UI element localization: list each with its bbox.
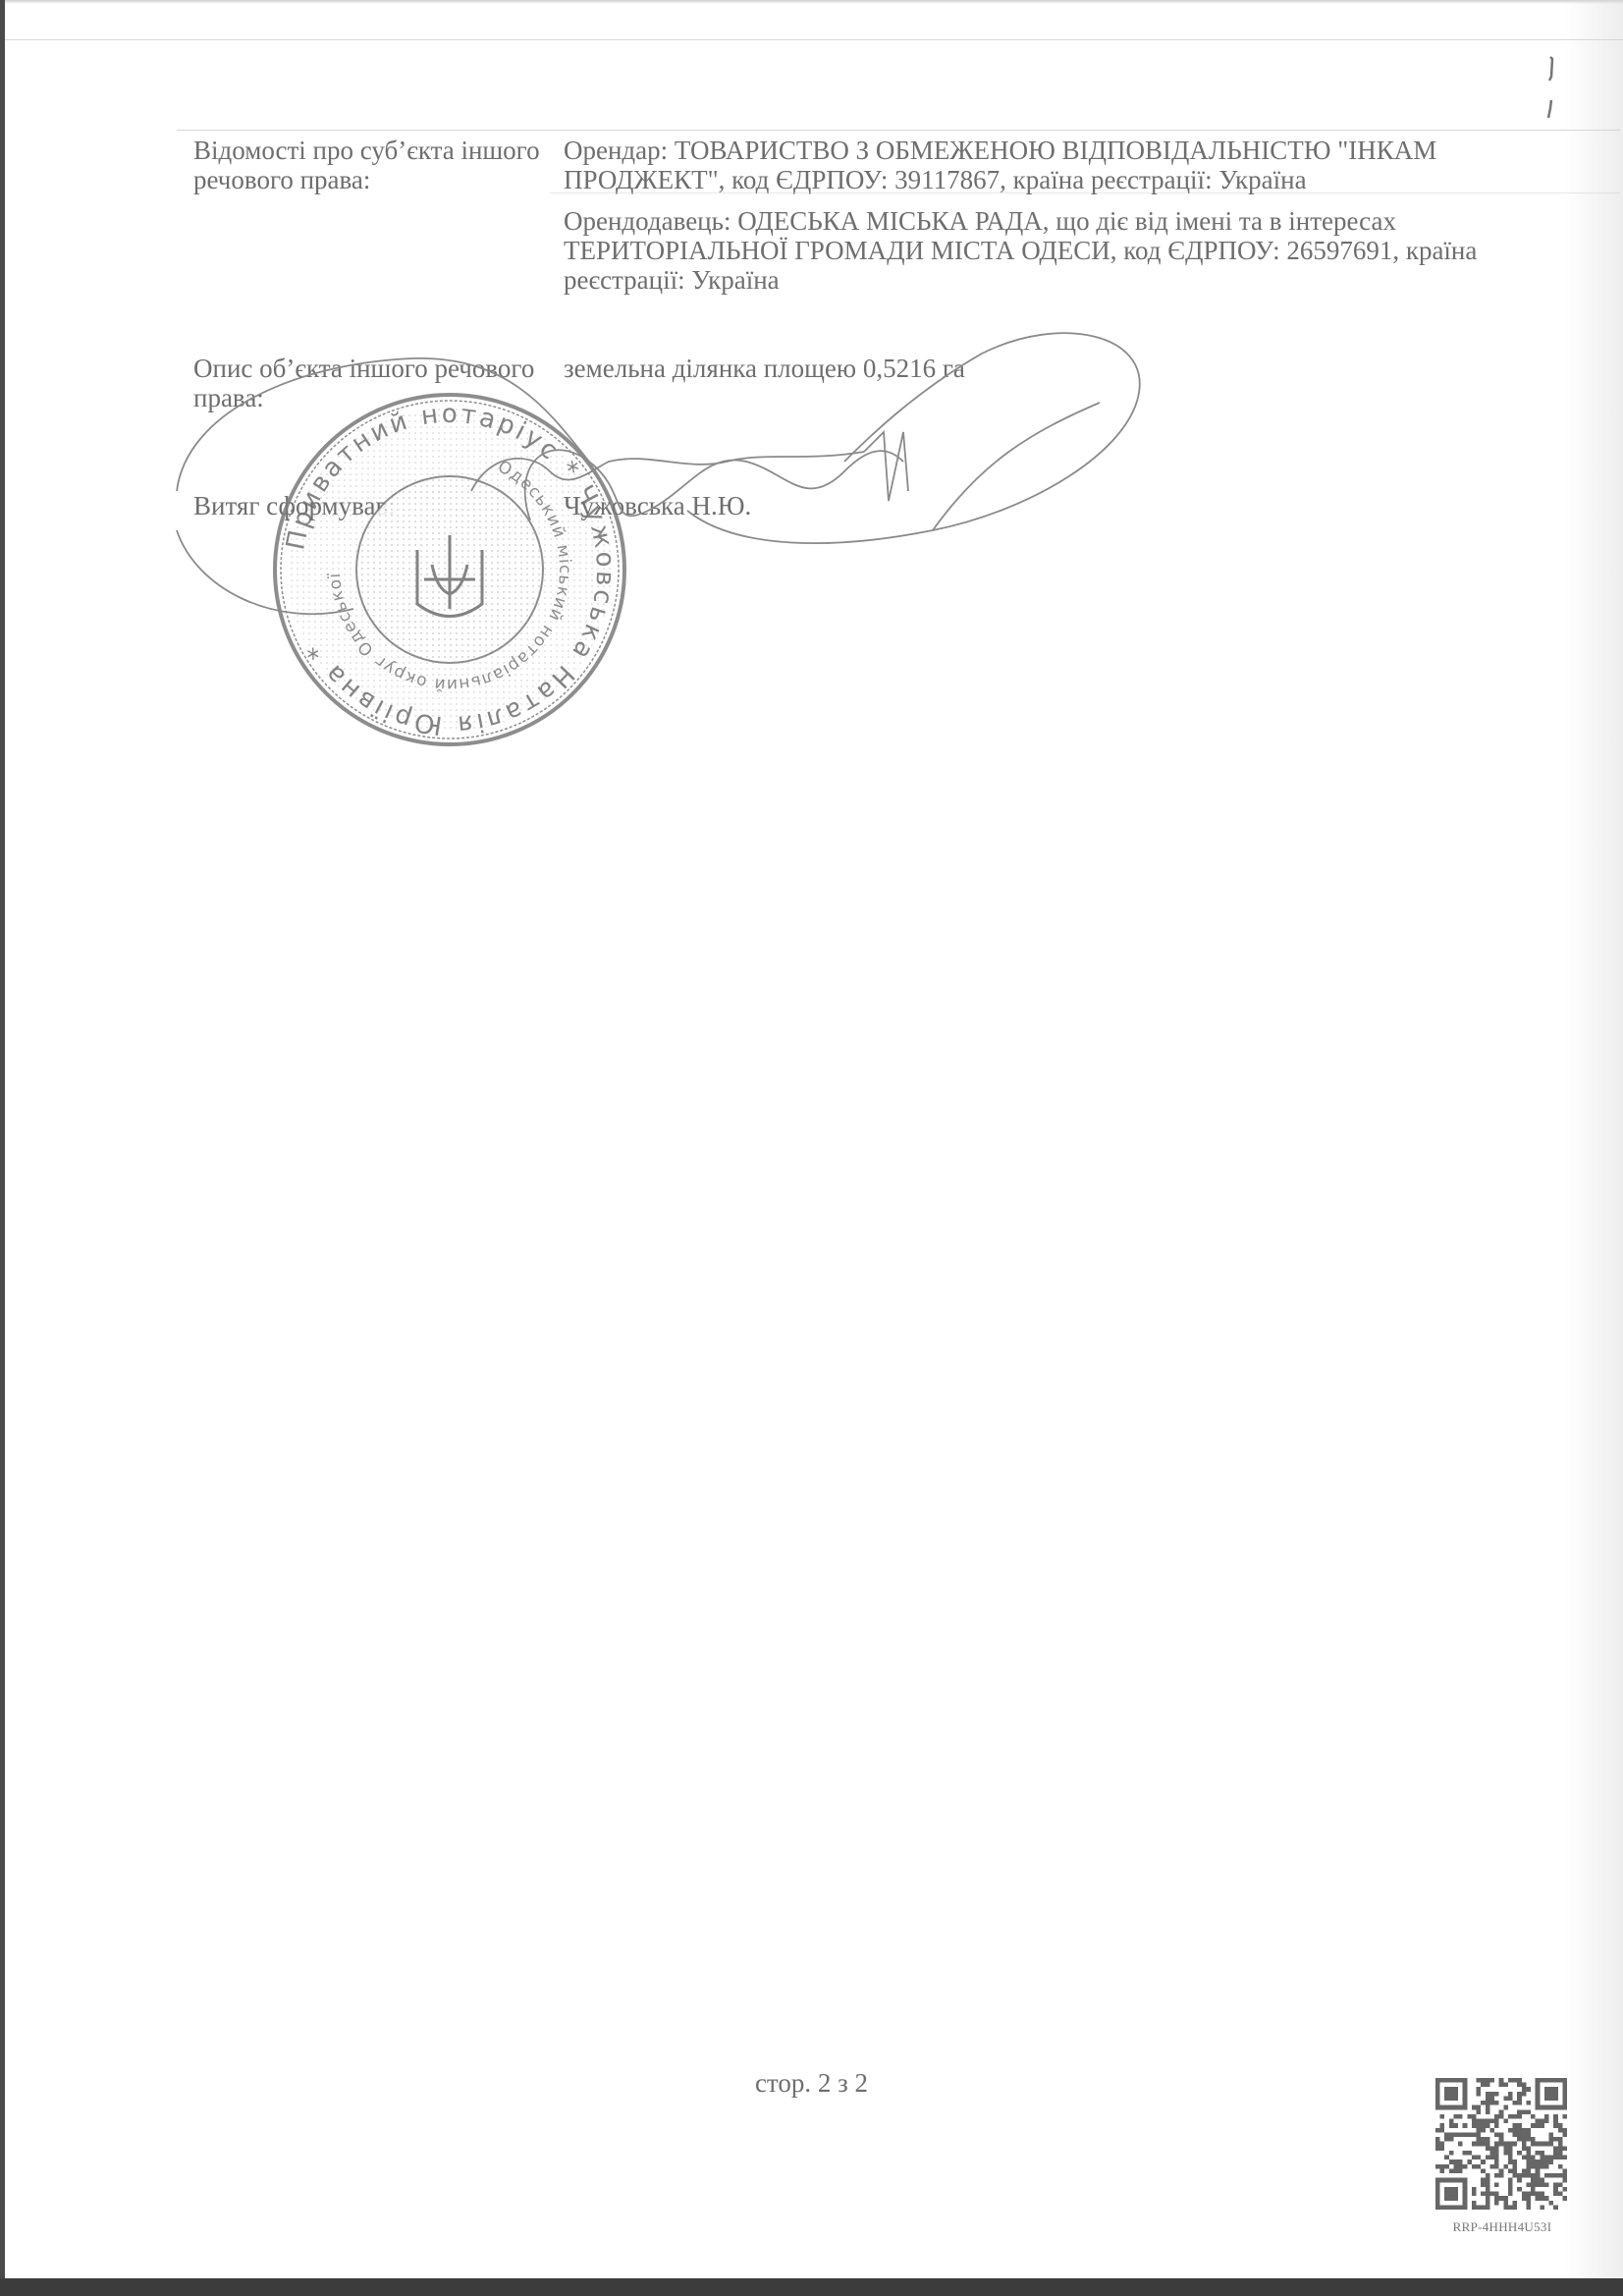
qr-code-id: RRP-4HHH4U53I bbox=[1414, 2219, 1591, 2235]
svg-text:Приватний нотаріус * Чужовська: Приватний нотаріус * Чужовська Наталія Ю… bbox=[281, 400, 620, 739]
qr-code-icon bbox=[1435, 2078, 1567, 2210]
staple-marks-icon bbox=[1532, 49, 1571, 137]
land-plot-description: земельна ділянка площею 0,5216 га bbox=[564, 354, 1487, 383]
svg-text:Одеський міський нотаріальний: Одеський міський нотаріальний округ Одес… bbox=[0, 0, 574, 694]
page-number: стор. 2 з 2 bbox=[0, 2068, 1623, 2099]
subject-info-value: Орендар: ТОВАРИСТВО З ОБМЕЖЕНОЮ ВІДПОВІД… bbox=[564, 136, 1487, 306]
scan-streak bbox=[177, 130, 1620, 131]
subject-info-label: Відомості про суб’єкта іншого речового п… bbox=[193, 136, 557, 194]
lessor-info: Орендодавець: ОДЕСЬКА МІСЬКА РАДА, що ді… bbox=[564, 206, 1487, 295]
lessee-info: Орендар: ТОВАРИСТВО З ОБМЕЖЕНОЮ ВІДПОВІД… bbox=[564, 136, 1487, 194]
object-description-label: Опис об’єкта іншого речового права: bbox=[193, 354, 557, 412]
extract-issuer-label: Витяг сформував: bbox=[193, 491, 557, 520]
object-description-value: земельна ділянка площею 0,5216 га bbox=[564, 354, 1487, 395]
notary-name: Чужовська Н.Ю. bbox=[564, 491, 1487, 520]
stamp-outer-text: Приватний нотаріус * Чужовська Наталія Ю… bbox=[281, 400, 620, 739]
stamp-inner-text: Одеський міський нотаріальний округ Одес… bbox=[0, 0, 574, 694]
scan-streak bbox=[5, 39, 1623, 40]
scan-top-edge bbox=[0, 0, 1623, 4]
scan-bottom-edge bbox=[0, 2278, 1623, 2296]
extract-issuer-value: Чужовська Н.Ю. bbox=[564, 491, 1487, 532]
scan-right-shadow bbox=[1564, 0, 1623, 2296]
trident-icon bbox=[417, 535, 482, 617]
scan-left-edge bbox=[0, 0, 5, 2296]
